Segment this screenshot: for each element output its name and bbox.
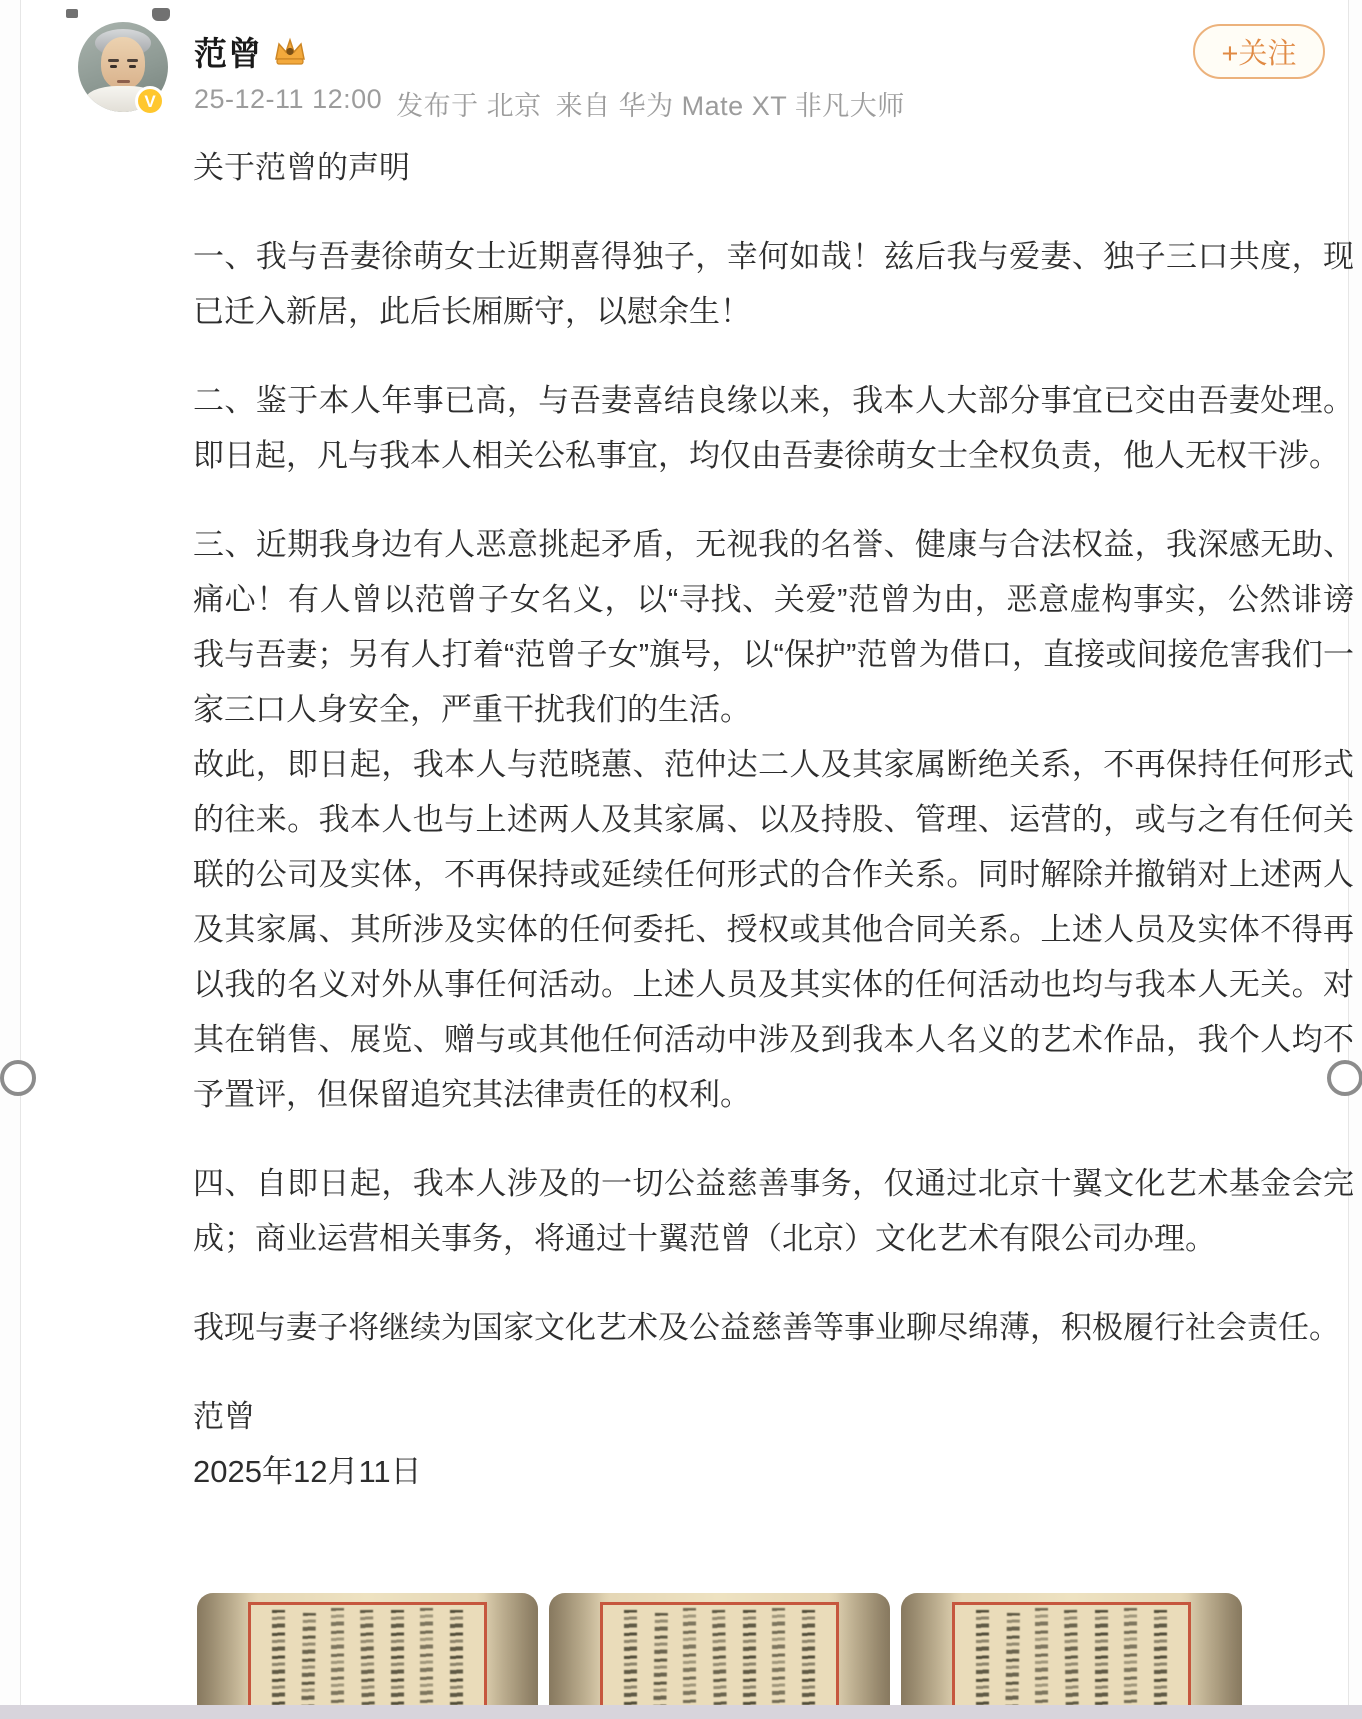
red-border-frame <box>248 1602 487 1719</box>
post-paragraph: 一、我与吾妻徐萌女士近期喜得独子，幸何如哉！兹后我与爱妻、独子三口共度，现已迁入… <box>193 229 1354 339</box>
cropped-content-artifact <box>66 9 78 18</box>
post-paragraph: 三、近期我身边有人恶意挑起矛盾，无视我的名誉、健康与合法权益，我深感无助、痛心！… <box>193 517 1354 1122</box>
post-body: 关于范曾的声明 一、我与吾妻徐萌女士近期喜得独子，幸何如哉！兹后我与爱妻、独子三… <box>193 140 1354 1533</box>
calligraphy-stroke-column <box>1154 1610 1167 1719</box>
calligraphy-stroke-column <box>391 1610 404 1719</box>
attachment-image-2[interactable] <box>549 1593 890 1719</box>
attachment-strip <box>197 1593 1242 1719</box>
avatar-detail <box>129 65 136 68</box>
avatar-detail <box>110 65 117 68</box>
calligraphy-stroke-column <box>1095 1610 1108 1719</box>
follow-button[interactable]: +关注 <box>1193 24 1325 79</box>
post-time: 25-12-11 12:00 <box>194 84 382 123</box>
post-paragraph: 我现与妻子将继续为国家文化艺术及公益慈善等事业聊尽绵薄，积极履行社会责任。 <box>193 1300 1354 1355</box>
red-border-frame <box>952 1602 1191 1719</box>
post-card: V 范曾 25-12-11 12:00 发布于 北京 来自 华为 Mate XT… <box>20 0 1349 1719</box>
post-location: 发布于 北京 <box>396 84 542 123</box>
post-source[interactable]: 来自 华为 Mate XT 非凡大师 <box>556 84 905 123</box>
calligraphy-stroke-column <box>1035 1608 1048 1717</box>
post-paragraph: 范曾 2025年12月11日 <box>193 1389 1354 1499</box>
cropped-content-artifact <box>152 8 170 21</box>
calligraphy-stroke-column <box>272 1610 285 1719</box>
calligraphy-stroke-column <box>802 1610 815 1719</box>
verified-badge-icon: V <box>135 86 165 116</box>
red-border-frame <box>600 1602 839 1719</box>
calligraphy-stroke-column <box>712 1610 727 1719</box>
author-name[interactable]: 范曾 <box>194 28 262 75</box>
calligraphy-stroke-column <box>301 1613 316 1719</box>
attachment-image-3[interactable] <box>901 1593 1242 1719</box>
vip-crown-icon <box>272 36 308 68</box>
calligraphy-stroke-column <box>1124 1608 1137 1717</box>
calligraphy-stroke-column <box>450 1610 463 1719</box>
post-paragraph: 四、自即日起，我本人涉及的一切公益慈善事务，仅通过北京十翼文化艺术基金会完成；商… <box>193 1156 1354 1266</box>
avatar-detail <box>127 59 138 62</box>
calligraphy-stroke-column <box>331 1608 344 1717</box>
calligraphy-stroke-column <box>1005 1613 1020 1719</box>
post-meta: 25-12-11 12:00 发布于 北京 来自 华为 Mate XT 非凡大师 <box>194 84 905 123</box>
calligraphy-stroke-column <box>743 1610 756 1719</box>
avatar-detail <box>117 80 130 83</box>
statement-title: 关于范曾的声明 <box>193 140 1354 195</box>
calligraphy-stroke-column <box>772 1608 785 1717</box>
attachment-image-1[interactable] <box>197 1593 538 1719</box>
calligraphy-stroke-column <box>1064 1610 1079 1719</box>
calligraphy-stroke-column <box>683 1608 696 1717</box>
calligraphy-stroke-column <box>624 1610 637 1719</box>
calligraphy-stroke-column <box>976 1610 989 1719</box>
calligraphy-stroke-column <box>653 1613 668 1719</box>
carousel-handle-right[interactable] <box>1327 1060 1362 1096</box>
avatar-detail <box>108 59 119 62</box>
calligraphy-stroke-column <box>360 1610 375 1719</box>
bottom-sheet-edge <box>0 1705 1362 1719</box>
calligraphy-stroke-column <box>420 1608 433 1717</box>
carousel-handle-left[interactable] <box>0 1060 36 1096</box>
post-paragraph: 二、鉴于本人年事已高，与吾妻喜结良缘以来，我本人大部分事宜已交由吾妻处理。即日起… <box>193 373 1354 483</box>
